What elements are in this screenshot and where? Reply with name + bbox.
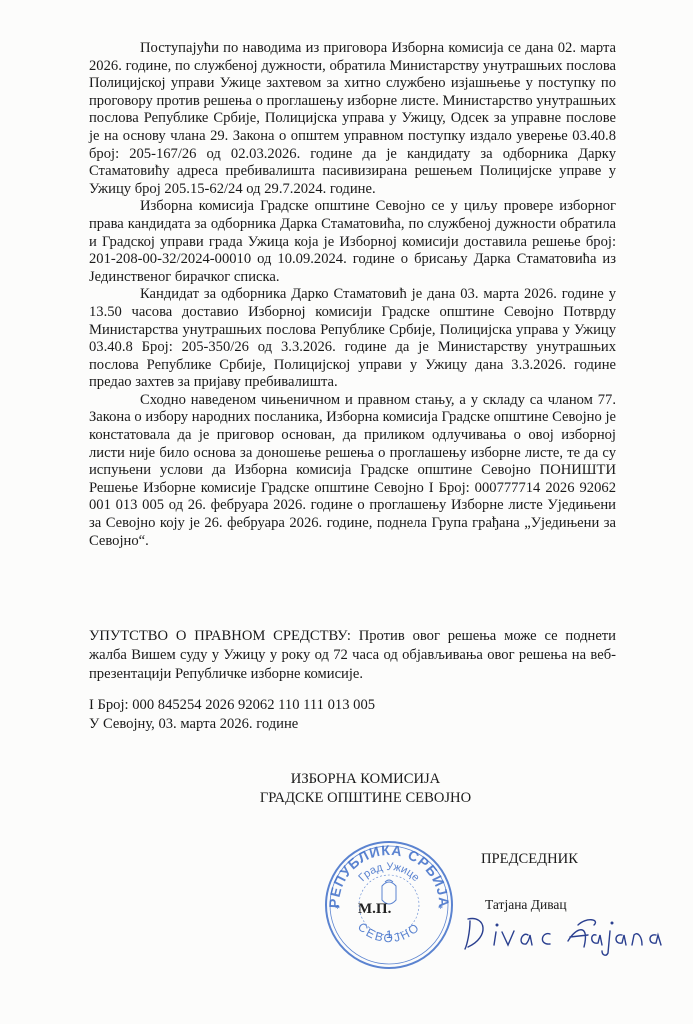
svg-text:*: * [335, 904, 340, 915]
commission-line-2: ГРАДСКЕ ОПШТИНЕ СЕВОЈНО [38, 789, 693, 808]
handwritten-signature-icon [462, 907, 682, 957]
reference-number: I Број: 000 845254 2026 92062 110 111 01… [89, 696, 375, 715]
svg-text:Град Ужице: Град Ужице [356, 861, 421, 884]
commission-heading: ИЗБОРНА КОМИСИЈА ГРАДСКЕ ОПШТИНЕ СЕВОЈНО [0, 770, 693, 808]
document-page: Поступајући по наводима из приговора Изб… [0, 0, 693, 1024]
paragraph-3: Кандидат за одборника Дарко Стаматовић ј… [89, 286, 616, 392]
svg-text:1: 1 [386, 929, 392, 941]
mp-label: М.П. [358, 901, 391, 918]
legal-remedy-instruction: УПУТСТВО О ПРАВНОМ СРЕДСТВУ: Против овог… [89, 627, 616, 684]
paragraph-1: Поступајући по наводима из приговора Изб… [89, 40, 616, 198]
paragraph-2: Изборна комисија Градске општине Севојно… [89, 198, 616, 286]
paragraph-4: Сходно наведеном чињеничном и правном ст… [89, 392, 616, 550]
president-title: ПРЕДСЕДНИК [481, 851, 578, 868]
commission-line-1: ИЗБОРНА КОМИСИЈА [38, 770, 693, 789]
svg-text:*: * [438, 904, 443, 915]
place-date: У Севојну, 03. марта 2026. године [89, 715, 375, 734]
reference-block: I Број: 000 845254 2026 92062 110 111 01… [89, 696, 375, 734]
body-text: Поступајући по наводима из приговора Изб… [89, 40, 616, 550]
